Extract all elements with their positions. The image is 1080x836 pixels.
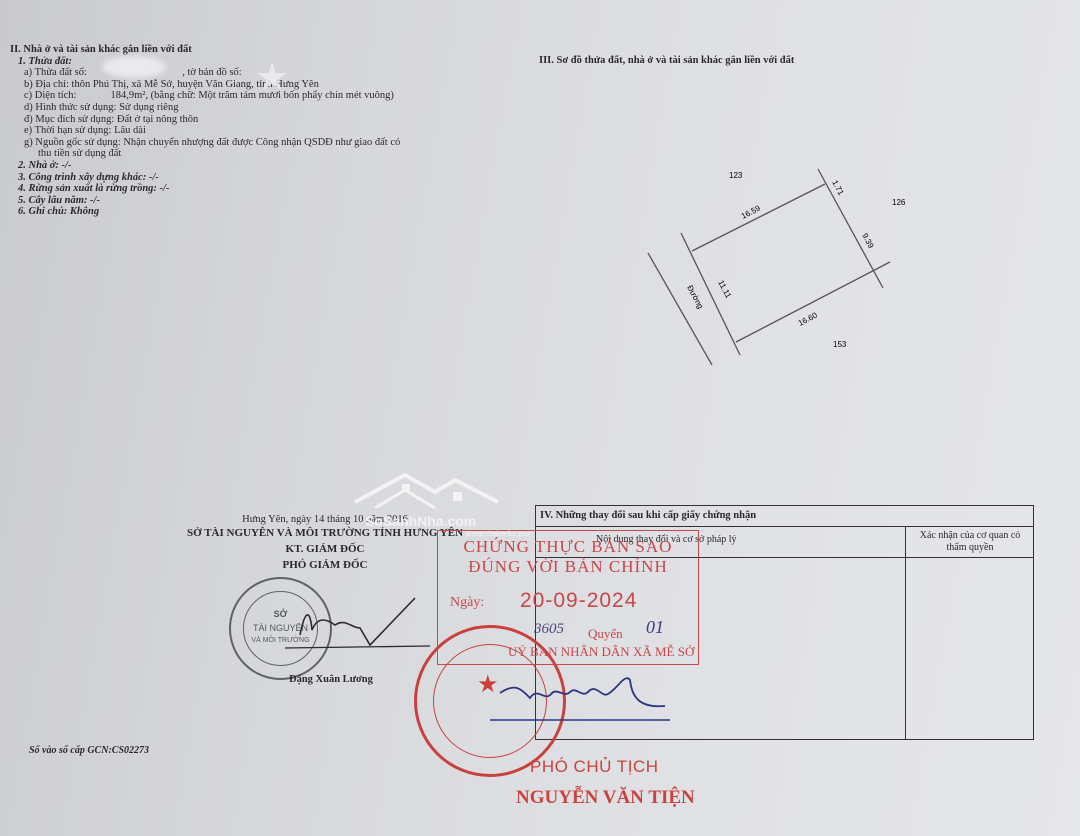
column-header-confirmation: Xác nhận của cơ quan có thẩm quyền	[911, 530, 1029, 554]
certification-date: 20-09-2024	[520, 589, 637, 613]
edge-right: 9.39	[860, 232, 876, 250]
note-row: 6. Ghi chú: Không	[10, 206, 400, 218]
certification-stamp: CHỨNG THỰC BẢN SAOĐÚNG VỚI BẢN CHÍNH Ngà…	[437, 530, 699, 665]
address-row: b) Địa chỉ: thôn Phú Thị, xã Mễ Sở, huyệ…	[10, 79, 400, 91]
date-label: Ngày:	[450, 595, 484, 611]
house-watermark-icon	[350, 470, 500, 515]
neighbor-south: 153	[833, 340, 847, 349]
forest-row: 4. Rừng sản xuất là rừng trồng: -/-	[10, 183, 400, 195]
usage-purpose-row: đ) Mục đích sử dụng: Đất ở tại nông thôn	[10, 114, 400, 126]
redaction-blur	[102, 56, 166, 78]
usage-term-row: e) Thời hạn sử dụng: Lâu dài	[10, 125, 400, 137]
other-construction-row: 3. Công trình xây dựng khác: -/-	[10, 172, 400, 184]
signer-name: NGUYỄN VĂN TIỆN	[516, 787, 695, 809]
origin-row-cont: thu tiền sử dụng đất	[10, 148, 400, 160]
origin-row: g) Nguồn gốc sử dụng: Nhận chuyển nhượng…	[10, 137, 400, 149]
edge-left: 11.11	[716, 279, 733, 300]
parcel-number-row: a) Thửa đất số: , tờ bản đồ số:	[10, 67, 400, 79]
book-label: Quyển	[588, 626, 623, 642]
plot-diagram: 123 126 153 16.59 1.71 9.39 16.60 11.11 …	[640, 160, 920, 370]
road-label: Đường	[685, 284, 705, 311]
watermark-text: SoSanhNha.com	[365, 513, 476, 529]
perennial-row: 5. Cây lâu năm: -/-	[10, 195, 400, 207]
left-signer-name: Đặng Xuân Lương	[289, 674, 373, 685]
authority: UỶ BAN NHÂN DÂN XÃ MỄ SỞ	[508, 644, 694, 660]
section-ii-heading: II. Nhà ở và tài sản khác gắn liền với đ…	[10, 44, 400, 56]
house-row: 2. Nhà ở: -/-	[10, 160, 400, 172]
area-row: c) Diện tích:184,9m², (bằng chữ: Một tră…	[10, 90, 400, 102]
land-parcel-heading: 1. Thửa đất:	[10, 56, 400, 68]
neighbor-east: 126	[892, 198, 906, 207]
usage-form-row: d) Hình thức sử dụng: Sử dụng riêng	[10, 102, 400, 114]
right-signature-mark	[490, 668, 690, 738]
section-iii-heading: III. Sơ đồ thửa đất, nhà ở và tài sản kh…	[539, 55, 794, 66]
edge-top: 16.59	[740, 203, 762, 220]
book-number: 01	[646, 617, 664, 638]
neighbor-north: 123	[729, 171, 743, 180]
signer-title: PHÓ CHỦ TỊCH	[530, 757, 658, 777]
left-signature-mark	[280, 590, 440, 660]
registry-number: Số vào sổ cấp GCN:CS02273	[29, 745, 149, 756]
section-iv-heading: IV. Những thay đổi sau khi cấp giấy chứn…	[540, 510, 756, 521]
certification-number: 3605	[534, 621, 564, 638]
edge-bottom: 16.60	[797, 310, 819, 327]
section-ii: II. Nhà ở và tài sản khác gắn liền với đ…	[10, 44, 400, 218]
watermark-tagline: Great choice for you	[466, 531, 529, 538]
star-watermark-icon: ★	[255, 55, 289, 100]
